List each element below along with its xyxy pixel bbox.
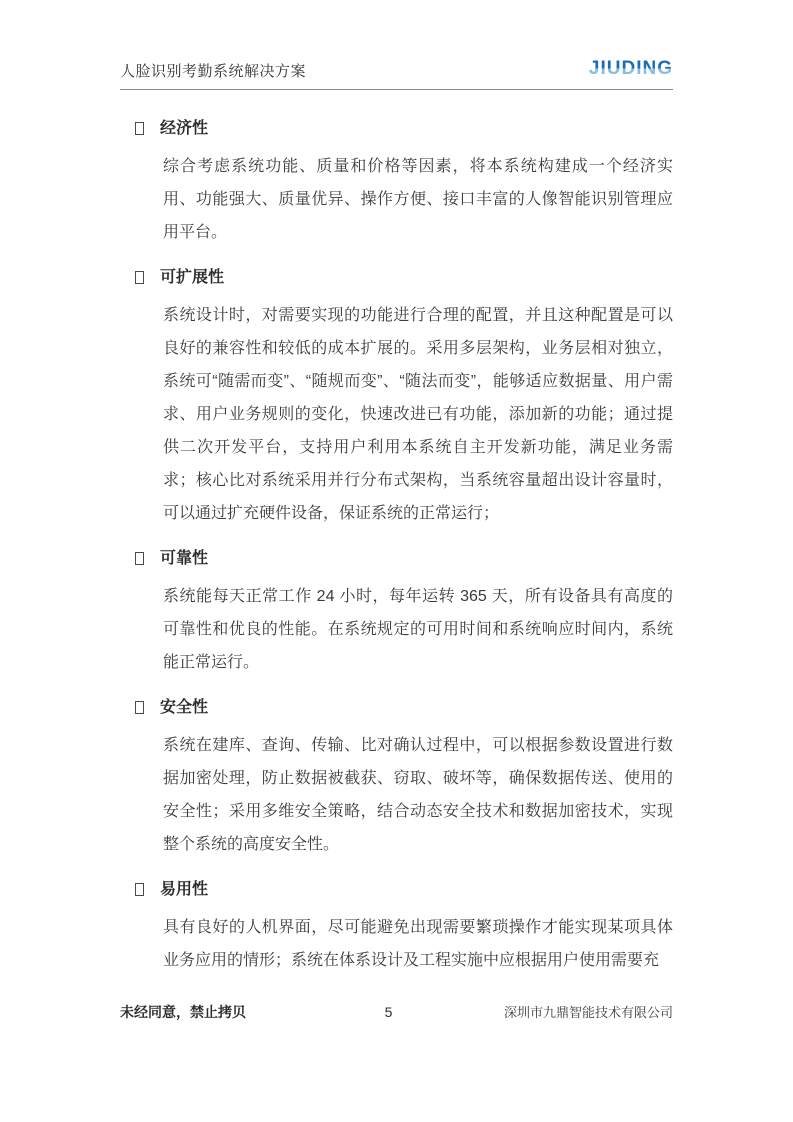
section-paragraph-usability: 具有良好的人机界面，尽可能避免出现需要繁琐操作才能实现某项具体业务应用的情形；系…: [163, 911, 673, 977]
section-heading-usability: 易用性: [135, 873, 673, 906]
footer-copy-notice: 未经同意，禁止拷贝: [120, 996, 393, 1029]
footer-company-name: 深圳市九鼎智能技术有限公司: [400, 996, 673, 1029]
section-paragraph-security: 系统在建库、查询、传输、比对确认过程中，可以根据参数设置进行数据加密处理，防止数…: [163, 729, 673, 861]
jiuding-logo: JIUDING: [589, 54, 673, 80]
section-paragraph-economy: 综合考虑系统功能、质量和价格等因素，将本系统构建成一个经济实用、功能强大、质量优…: [163, 150, 673, 249]
document-page: 人脸识别考勤系统解决方案 JIUDING 经济性 综合考虑系统功能、质量和价格等…: [0, 0, 793, 1122]
bullet-square-icon: [135, 271, 144, 284]
section-heading-security: 安全性: [135, 691, 673, 724]
page-header: 人脸识别考勤系统解决方案 JIUDING: [120, 54, 673, 90]
section-heading-label: 可扩展性: [160, 261, 224, 294]
section-heading-reliability: 可靠性: [135, 542, 673, 575]
bullet-square-icon: [135, 701, 144, 714]
section-heading-label: 易用性: [160, 873, 208, 906]
section-paragraph-scalability: 系统设计时，对需要实现的功能进行合理的配置，并且这种配置是可以良好的兼容性和较低…: [163, 299, 673, 530]
section-heading-economy: 经济性: [135, 112, 673, 145]
bullet-square-icon: [135, 552, 144, 565]
section-paragraph-reliability: 系统能每天正常工作 24 小时，每年运转 365 天，所有设备具有高度的可靠性和…: [163, 580, 673, 679]
section-heading-label: 可靠性: [160, 542, 208, 575]
page-footer: 未经同意，禁止拷贝 5 深圳市九鼎智能技术有限公司: [120, 996, 673, 1029]
bullet-square-icon: [135, 122, 144, 135]
section-heading-label: 经济性: [160, 112, 208, 145]
document-body: 经济性 综合考虑系统功能、质量和价格等因素，将本系统构建成一个经济实用、功能强大…: [120, 100, 673, 977]
page-number: 5: [385, 996, 393, 1029]
document-title: 人脸识别考勤系统解决方案: [120, 54, 306, 81]
bullet-square-icon: [135, 883, 144, 896]
section-heading-scalability: 可扩展性: [135, 261, 673, 294]
section-heading-label: 安全性: [160, 691, 208, 724]
